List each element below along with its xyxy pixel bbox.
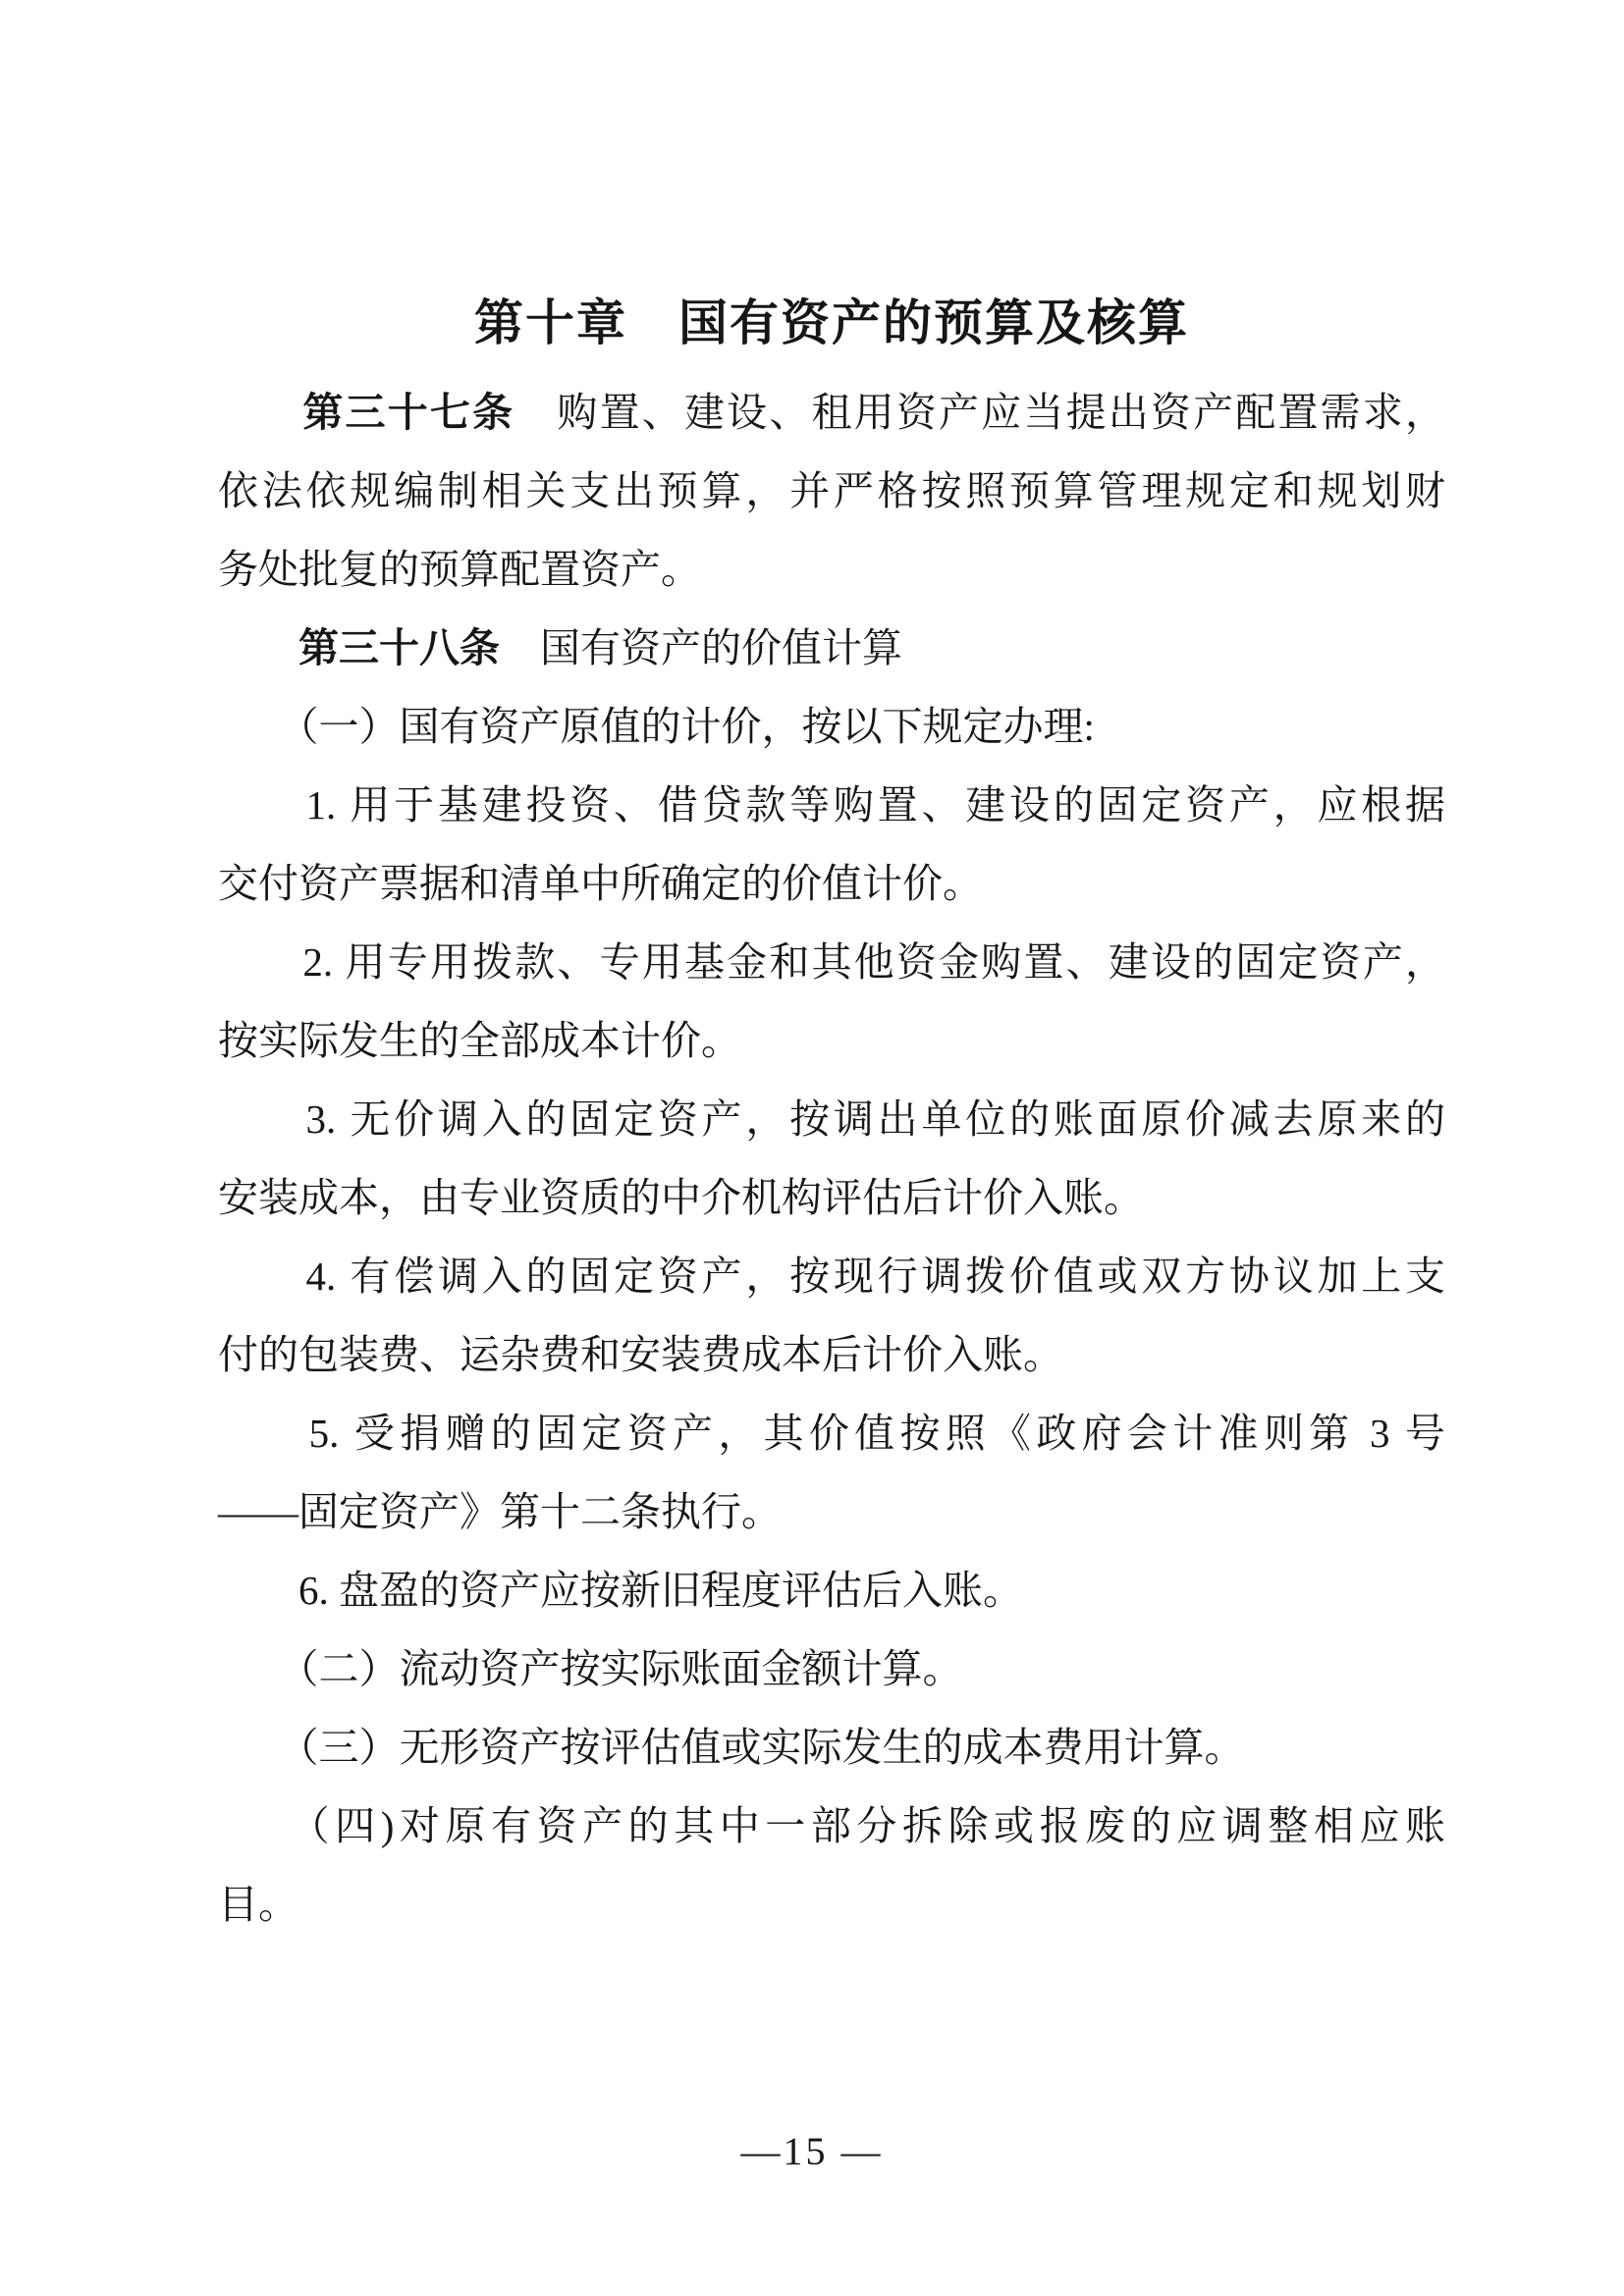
body-line: 1. 用于基建投资、借贷款等购置、建设的固定资产，应根据 bbox=[218, 766, 1445, 844]
body-line: 交付资产票据和清单中所确定的价值计价。 bbox=[218, 844, 1445, 923]
body-line-text: 购置、建设、租用资产应当提出资产配置需求， bbox=[514, 390, 1445, 435]
body-line: 5. 受捐赠的固定资产，其价值按照《政府会计准则第 3 号 bbox=[218, 1394, 1445, 1472]
body-line: 依法依规编制相关支出预算，并严格按照预算管理规定和规划财 bbox=[218, 452, 1445, 530]
body-line: 4. 有偿调入的固定资产，按现行调拨价值或双方协议加上支 bbox=[218, 1237, 1445, 1315]
body-line: 目。 bbox=[218, 1865, 1445, 1944]
page-number: —15 — bbox=[0, 2128, 1624, 2175]
body-line: （一）国有资产原值的计价，按以下规定办理: bbox=[218, 687, 1445, 766]
body-line: （四)对原有资产的其中一部分拆除或报废的应调整相应账 bbox=[218, 1787, 1445, 1865]
article-number-bold: 第三十八条 bbox=[218, 625, 500, 670]
body-line: 第三十八条 国有资产的价值计算 bbox=[218, 609, 1445, 687]
body-line: 付的包装费、运杂费和安装费成本后计价入账。 bbox=[218, 1315, 1445, 1394]
body-line: 安装成本，由专业资质的中介机构评估后计价入账。 bbox=[218, 1158, 1445, 1237]
body-line: 第三十七条 购置、建设、租用资产应当提出资产配置需求， bbox=[218, 373, 1445, 452]
document-page: 第十章 国有资产的预算及核算 第三十七条 购置、建设、租用资产应当提出资产配置需… bbox=[0, 0, 1624, 2296]
text-block: 第十章 国有资产的预算及核算 第三十七条 购置、建设、租用资产应当提出资产配置需… bbox=[218, 287, 1445, 1944]
body-line: （二）流动资产按实际账面金额计算。 bbox=[218, 1629, 1445, 1708]
article-number-bold: 第三十七条 bbox=[218, 390, 514, 435]
chapter-title: 第十章 国有资产的预算及核算 bbox=[218, 287, 1445, 359]
body-line: ——固定资产》第十二条执行。 bbox=[218, 1472, 1445, 1551]
body-line: 3. 无价调入的固定资产，按调出单位的账面原价减去原来的 bbox=[218, 1080, 1445, 1158]
body-line: （三）无形资产按评估值或实际发生的成本费用计算。 bbox=[218, 1708, 1445, 1787]
body-line-text: 国有资产的价值计算 bbox=[500, 625, 902, 670]
body-line: 按实际发生的全部成本计价。 bbox=[218, 1001, 1445, 1080]
body-line: 务处批复的预算配置资产。 bbox=[218, 530, 1445, 609]
body-line: 6. 盘盈的资产应按新旧程度评估后入账。 bbox=[218, 1551, 1445, 1629]
body-line: 2. 用专用拨款、专用基金和其他资金购置、建设的固定资产， bbox=[218, 923, 1445, 1001]
